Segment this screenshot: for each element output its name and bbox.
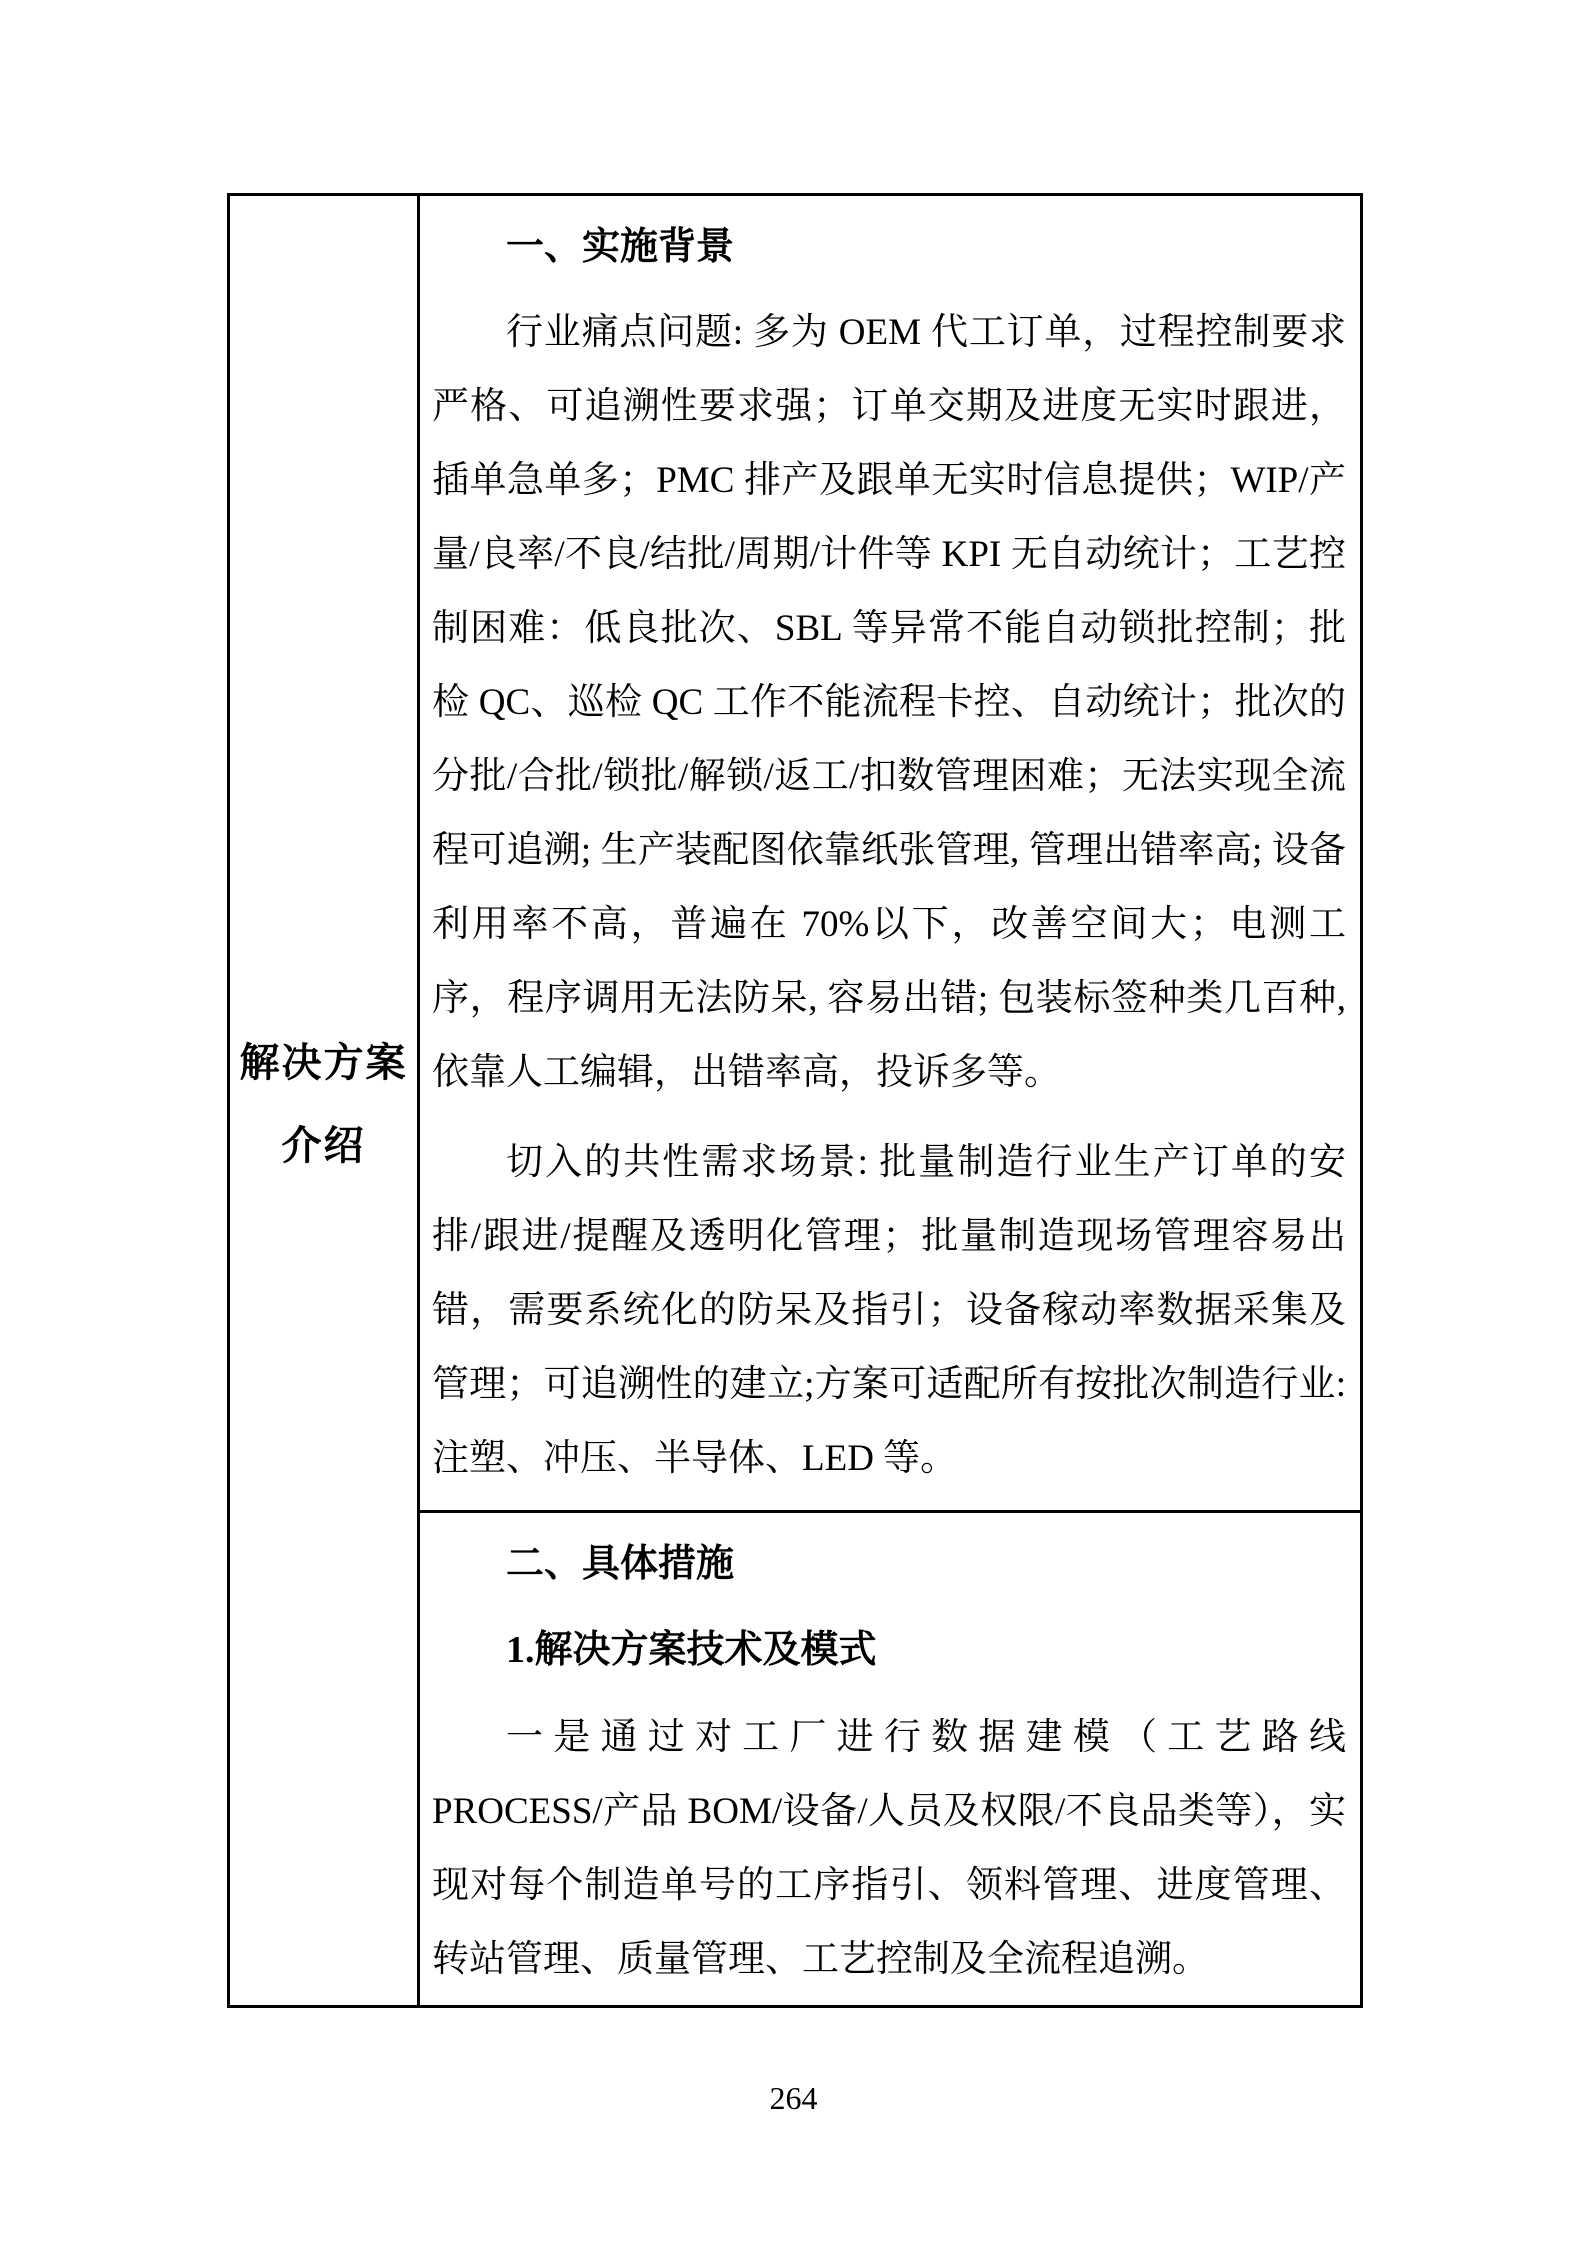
- solution-table: 解决方案 介绍 一、实施背景 行业痛点问题: 多为 OEM 代工订单，过程控制要…: [227, 193, 1363, 2008]
- content-column: 一、实施背景 行业痛点问题: 多为 OEM 代工订单，过程控制要求严格、可追溯性…: [420, 196, 1360, 2005]
- section-1-paragraph-1: 行业痛点问题: 多为 OEM 代工订单，过程控制要求严格、可追溯性要求强；订单交…: [432, 296, 1346, 1110]
- section-1-paragraph-2: 切入的共性需求场景: 批量制造行业生产订单的安排/跟进/提醒及透明化管理；批量制…: [432, 1126, 1346, 1496]
- page-number: 264: [0, 2080, 1587, 2116]
- section-2-paragraph-1: 一是通过对工厂进行数据建模（工艺路线 PROCESS/产品 BOM/设备/人员及…: [432, 1701, 1346, 1997]
- section-2-heading: 二、具体措施: [432, 1527, 1346, 1601]
- row-header-cell: 解决方案 介绍: [230, 196, 420, 2005]
- row-header-line-1: 解决方案: [240, 1031, 408, 1088]
- row-header-line-2: 介绍: [282, 1114, 366, 1171]
- section-1-heading: 一、实施背景: [432, 210, 1346, 284]
- section-specific-measures: 二、具体措施 1.解决方案技术及模式 一是通过对工厂进行数据建模（工艺路线 PR…: [420, 1513, 1360, 2013]
- section-2-subheading: 1.解决方案技术及模式: [432, 1613, 1346, 1687]
- document-page: 解决方案 介绍 一、实施背景 行业痛点问题: 多为 OEM 代工订单，过程控制要…: [0, 0, 1587, 2245]
- section-implementation-background: 一、实施背景 行业痛点问题: 多为 OEM 代工订单，过程控制要求严格、可追溯性…: [420, 196, 1360, 1513]
